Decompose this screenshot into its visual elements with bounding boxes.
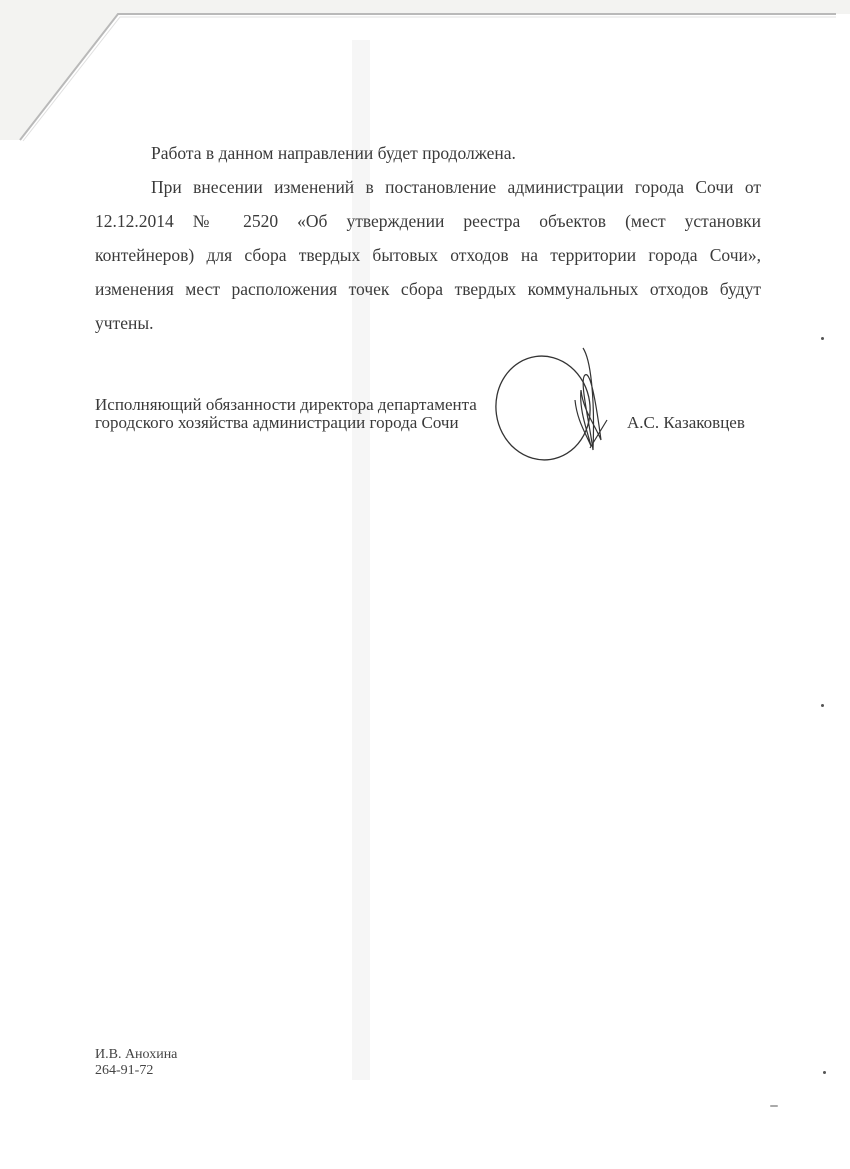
executor-info: И.В. Анохина 264-91-72 (95, 1047, 177, 1079)
paragraph-line: При внесении изменений в постановление а… (95, 170, 761, 204)
paragraph-line: контейнеров) для сбора твердых бытовых о… (95, 238, 761, 272)
paragraph-line: изменения мест расположения точек сбора … (95, 272, 761, 306)
scan-dot (821, 704, 824, 707)
scan-dot (770, 1105, 778, 1107)
scan-dot (821, 337, 824, 340)
handwritten-signature (495, 340, 625, 465)
scan-dot (823, 1071, 826, 1074)
executor-phone: 264-91-72 (95, 1063, 177, 1079)
paragraph-line: 12.12.2014 № 2520 «Об утверждении реестр… (95, 204, 761, 238)
executor-name: И.В. Анохина (95, 1047, 177, 1063)
signatory-position: Исполняющий обязанности директора департ… (95, 396, 477, 432)
document-body: Работа в данном направлении будет продол… (95, 136, 761, 340)
paragraph-work-continues: Работа в данном направлении будет продол… (95, 136, 761, 170)
signatory-name: А.С. Казаковцев (627, 414, 745, 432)
position-line-2: городского хозяйства администрации город… (95, 414, 477, 432)
position-line-1: Исполняющий обязанности директора департ… (95, 396, 477, 414)
paragraph-line: учтены. (95, 306, 761, 340)
